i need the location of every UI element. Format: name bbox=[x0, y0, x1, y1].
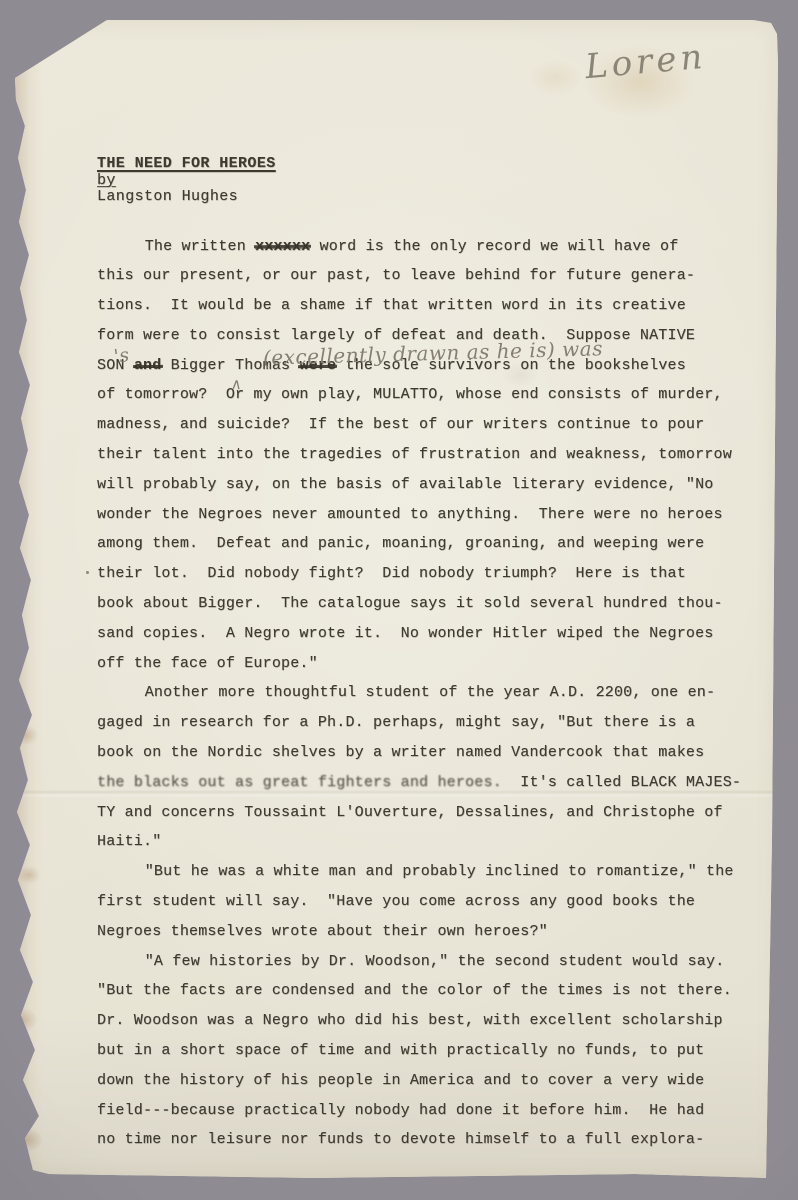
typed-text: Another more thoughtful student of the y… bbox=[145, 684, 716, 701]
typed-text: their lot. Did nobody fight? Did nobody … bbox=[97, 565, 686, 582]
typescript-line: field---because practically nobody had d… bbox=[97, 1096, 765, 1126]
typescript-line: their talent into the tragedies of frust… bbox=[97, 440, 765, 470]
typescript-line: the blacks out as great fighters and her… bbox=[97, 768, 765, 798]
typescript-line: Dr. Woodson was a Negro who did his best… bbox=[97, 1006, 765, 1036]
ink-speck bbox=[86, 571, 89, 574]
document-byline: by bbox=[97, 173, 765, 190]
typed-text: book on the Nordic shelves by a writer n… bbox=[97, 744, 704, 761]
handwritten-caret-icon: ∧ bbox=[230, 375, 242, 394]
typescript-line: TY and concerns Toussaint L'Ouverture, D… bbox=[97, 798, 765, 828]
typed-text: sand copies. A Negro wrote it. No wonder… bbox=[97, 625, 714, 642]
typed-text: Dr. Woodson was a Negro who did his best… bbox=[97, 1012, 723, 1029]
typed-text: wonder the Negroes never amounted to any… bbox=[97, 506, 723, 523]
typed-text: will probably say, on the basis of avail… bbox=[97, 476, 714, 493]
typescript-line: will probably say, on the basis of avail… bbox=[97, 470, 765, 500]
typescript-line: "But the facts are condensed and the col… bbox=[97, 976, 765, 1006]
typescript-line: "But he was a white man and probably inc… bbox=[97, 857, 765, 887]
typescript-line: "A few histories by Dr. Woodson," the se… bbox=[97, 947, 765, 977]
typescript-body: The written xxxxxx word is the only reco… bbox=[97, 232, 765, 1156]
typescript-line: down the history of his people in Americ… bbox=[97, 1066, 765, 1096]
typescript-page: Loren THE NEED FOR HEROES by Langston Hu… bbox=[15, 20, 778, 1178]
handwritten-possessive-insert: 's bbox=[113, 344, 131, 368]
typescript-content: THE NEED FOR HEROES by Langston Hughes T… bbox=[97, 156, 765, 1155]
typescript-line: book about Bigger. The catalogue says it… bbox=[97, 589, 765, 619]
typescript-line: but in a short space of time and with pr… bbox=[97, 1036, 765, 1066]
typed-text: The written bbox=[145, 238, 255, 255]
typed-text: "But the facts are condensed and the col… bbox=[97, 982, 732, 999]
typed-text: "A few histories by Dr. Woodson," the se… bbox=[145, 953, 725, 970]
typed-text: but in a short space of time and with pr… bbox=[97, 1042, 704, 1059]
typescript-line: of tomorrow? Or my own play, MULATTO, wh… bbox=[97, 380, 765, 410]
typescript-line: The written xxxxxx word is the only reco… bbox=[97, 232, 765, 262]
typed-text: among them. Defeat and panic, moaning, g… bbox=[97, 535, 704, 552]
typed-text: gaged in research for a Ph.D. perhaps, m… bbox=[97, 714, 695, 731]
typescript-line: their lot. Did nobody fight? Did nobody … bbox=[97, 559, 765, 589]
typescript-line: book on the Nordic shelves by a writer n… bbox=[97, 738, 765, 768]
typed-text: madness, and suicide? If the best of our… bbox=[97, 416, 704, 433]
typescript-line: sand copies. A Negro wrote it. No wonder… bbox=[97, 619, 765, 649]
handwritten-name: Loren bbox=[583, 37, 707, 87]
typed-text: book about Bigger. The catalogue says it… bbox=[97, 595, 723, 612]
typed-text: Negroes themselves wrote about their own… bbox=[97, 923, 548, 940]
typescript-line: among them. Defeat and panic, moaning, g… bbox=[97, 529, 765, 559]
typescript-line: tions. It would be a shame if that writt… bbox=[97, 291, 765, 321]
typescript-line: gaged in research for a Ph.D. perhaps, m… bbox=[97, 708, 765, 738]
typed-text: first student will say. "Have you come a… bbox=[97, 893, 695, 910]
typescript-line: this our present, or our past, to leave … bbox=[97, 261, 765, 291]
document-author: Langston Hughes bbox=[97, 189, 765, 206]
typed-text: tions. It would be a shame if that writt… bbox=[97, 297, 686, 314]
typed-text: no time nor leisure nor funds to devote … bbox=[97, 1131, 704, 1148]
typed-text: Haiti." bbox=[97, 833, 161, 850]
typed-text: the blacks out as great fighters and her… bbox=[97, 774, 502, 791]
typed-text: down the history of his people in Americ… bbox=[97, 1072, 704, 1089]
typescript-line: first student will say. "Have you come a… bbox=[97, 887, 765, 917]
typescript-line: wonder the Negroes never amounted to any… bbox=[97, 500, 765, 530]
typed-text: of tomorrow? Or my own play, MULATTO, wh… bbox=[97, 386, 723, 403]
typed-text: off the face of Europe." bbox=[97, 655, 318, 672]
typescript-line: Haiti." bbox=[97, 827, 765, 857]
photo-backdrop: Loren THE NEED FOR HEROES by Langston Hu… bbox=[0, 0, 798, 1200]
typescript-line: madness, and suicide? If the best of our… bbox=[97, 410, 765, 440]
typescript-line: Another more thoughtful student of the y… bbox=[97, 678, 765, 708]
struck-out-text: xxxxxx bbox=[255, 238, 310, 255]
typed-text: field---because practically nobody had d… bbox=[97, 1102, 704, 1119]
typed-text: this our present, or our past, to leave … bbox=[97, 267, 695, 284]
typed-text: their talent into the tragedies of frust… bbox=[97, 446, 732, 463]
typed-text: TY and concerns Toussaint L'Ouverture, D… bbox=[97, 804, 723, 821]
typescript-line: off the face of Europe." bbox=[97, 649, 765, 679]
typescript-line: no time nor leisure nor funds to devote … bbox=[97, 1125, 765, 1155]
typescript-line: Negroes themselves wrote about their own… bbox=[97, 917, 765, 947]
document-title: THE NEED FOR HEROES bbox=[97, 156, 276, 173]
typed-text: word is the only record we will have of bbox=[310, 238, 678, 255]
typed-text: It's called BLACK MAJES- bbox=[502, 774, 741, 791]
struck-out-text: and bbox=[134, 357, 162, 374]
typed-text: "But he was a white man and probably inc… bbox=[145, 863, 734, 880]
title-block: THE NEED FOR HEROES by Langston Hughes bbox=[97, 156, 765, 206]
